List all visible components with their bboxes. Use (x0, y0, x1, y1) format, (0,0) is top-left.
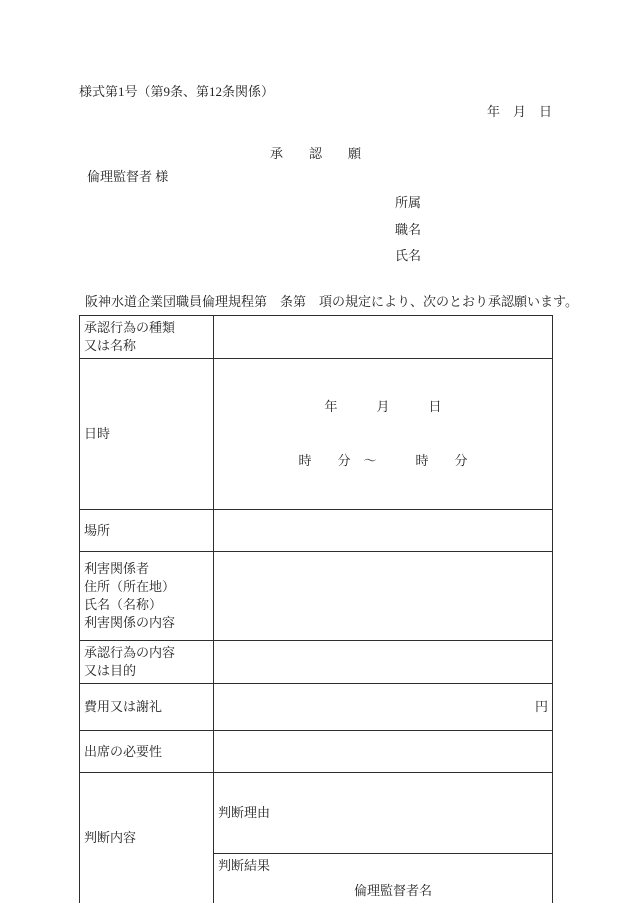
row-cost: 費用又は謝礼 円 (80, 684, 553, 731)
label-line: 又は名称 (84, 337, 209, 355)
name-label: 氏名 (395, 245, 421, 264)
row-cost-label: 費用又は謝礼 (80, 684, 214, 731)
date-line: 年 月 日 (487, 101, 552, 120)
label-line: 利害関係者 (84, 560, 209, 578)
label-line: 利害関係の内容 (84, 614, 209, 632)
row-place-label: 場所 (80, 510, 214, 552)
row-act-type: 承認行為の種類 又は名称 (80, 316, 553, 359)
label-line: 氏名（名称） (84, 596, 209, 614)
row-judgement: 判断内容 判断理由 (80, 773, 553, 854)
row-judgement-label: 判断内容 (80, 773, 214, 903)
row-act-purpose-value (214, 641, 553, 684)
row-place: 場所 (80, 510, 553, 552)
form-number: 様式第1号（第9条、第12条関係） (79, 81, 274, 100)
row-stakeholder: 利害関係者 住所（所在地） 氏名（名称） 利害関係の内容 (80, 552, 553, 641)
date-placeholder-line: 年 月 日 (218, 398, 548, 416)
row-act-purpose-label: 承認行為の内容 又は目的 (80, 641, 214, 684)
row-attendance: 出席の必要性 (80, 731, 553, 773)
row-act-type-label: 承認行為の種類 又は名称 (80, 316, 214, 359)
approval-form-table: 承認行為の種類 又は名称 日時 年 月 日 時 分 ～ 時 分 場所 利害関係者… (79, 315, 553, 903)
judgement-result-cell: 判断結果 倫理監督者名 (214, 854, 553, 903)
document-page: 様式第1号（第9条、第12条関係） 年 月 日 承 認 願 倫理監督者 様 所属… (0, 0, 630, 903)
time-placeholder-line: 時 分 ～ 時 分 (218, 452, 548, 470)
judgement-result-label: 判断結果 (218, 857, 548, 875)
row-stakeholder-label: 利害関係者 住所（所在地） 氏名（名称） 利害関係の内容 (80, 552, 214, 641)
label-line: 又は目的 (84, 662, 209, 680)
row-attendance-value (214, 731, 553, 773)
row-act-purpose: 承認行為の内容 又は目的 (80, 641, 553, 684)
row-datetime-value: 年 月 日 時 分 ～ 時 分 (214, 359, 553, 510)
row-datetime-label: 日時 (80, 359, 214, 510)
position-label: 職名 (395, 219, 421, 238)
label-line: 承認行為の内容 (84, 644, 209, 662)
affiliation-label: 所属 (395, 192, 421, 211)
row-datetime: 日時 年 月 日 時 分 ～ 時 分 (80, 359, 553, 510)
row-act-type-value (214, 316, 553, 359)
row-cost-value: 円 (214, 684, 553, 731)
label-line: 承認行為の種類 (84, 319, 209, 337)
judgement-reason-cell: 判断理由 (214, 773, 553, 854)
row-attendance-label: 出席の必要性 (80, 731, 214, 773)
addressee-line: 倫理監督者 様 (87, 166, 168, 185)
row-place-value (214, 510, 553, 552)
label-line: 住所（所在地） (84, 578, 209, 596)
supervisor-name-label: 倫理監督者名 (218, 882, 548, 900)
judgement-reason-label: 判断理由 (218, 804, 548, 822)
document-title: 承 認 願 (79, 143, 552, 162)
intro-sentence: 阪神水道企業団職員倫理規程第 条第 項の規定により、次のとおり承認願います。 (85, 291, 578, 310)
row-stakeholder-value (214, 552, 553, 641)
